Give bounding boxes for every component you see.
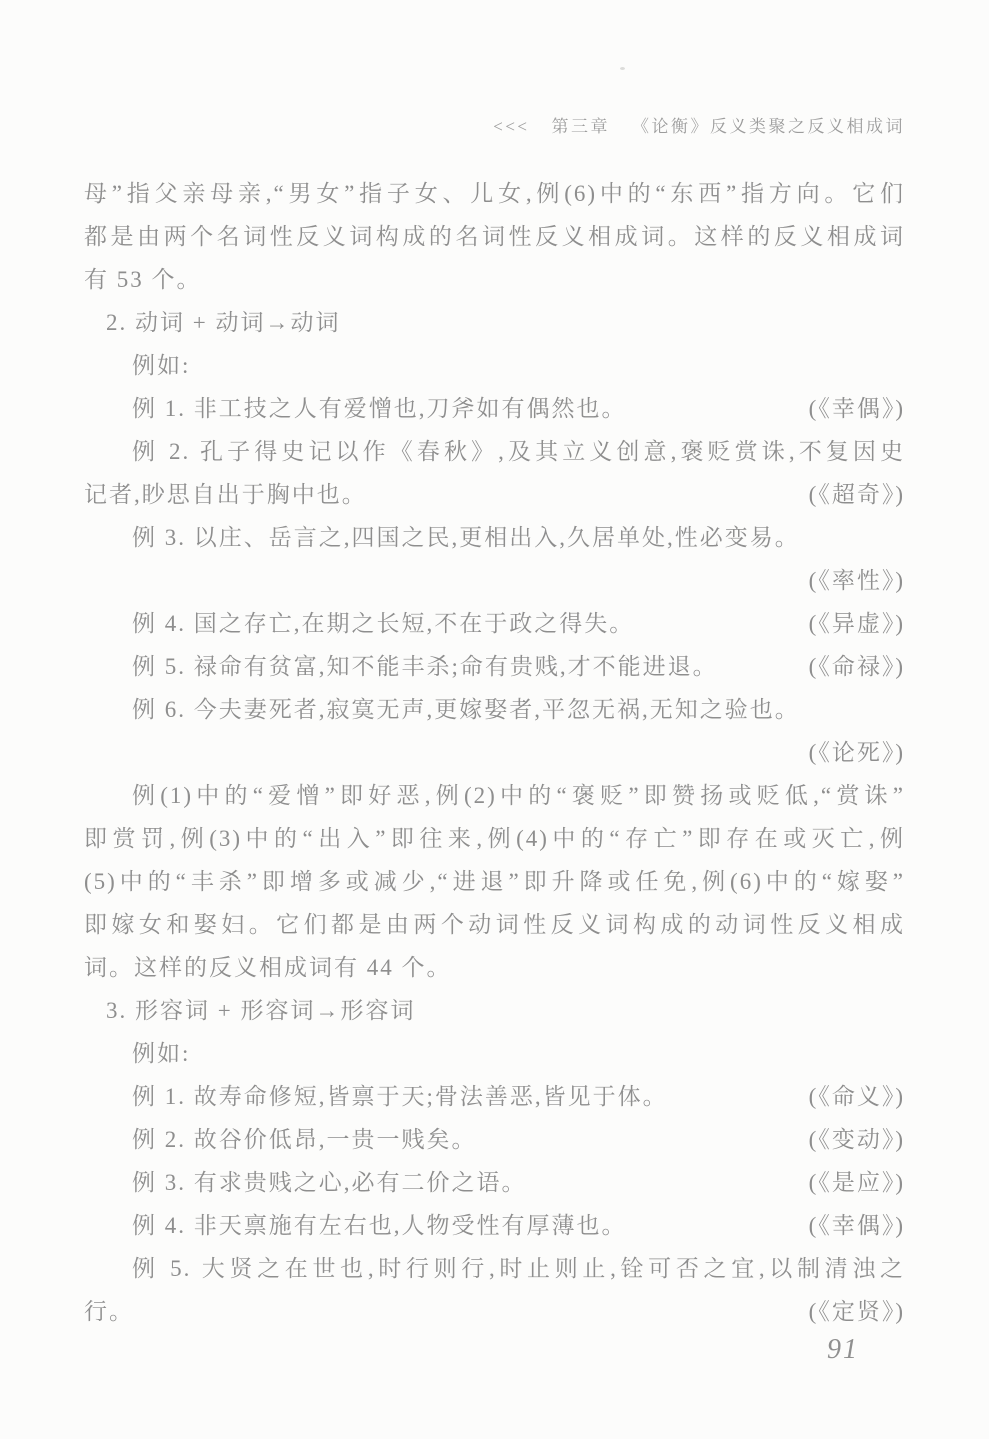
example-text: 例 4. 非天禀施有左右也,人物受性有厚薄也。 (132, 1204, 627, 1247)
source-citation-line: (《率性》) (84, 559, 905, 602)
example-continuation-line: 记者,眇思自出于胸中也。 (《超奇》) (84, 473, 905, 516)
examples-label: 例如: (84, 1032, 905, 1075)
source-citation: (《幸偶》) (809, 387, 905, 430)
source-citation: (《命禄》) (809, 645, 905, 688)
example-line: 例 6. 今夫妻死者,寂寞无声,更嫁娶者,平忽无祸,无知之验也。 (84, 688, 905, 731)
example-text: 例 1. 故寿命修短,皆禀于天;骨法善恶,皆见于体。 (132, 1075, 668, 1118)
header-marker: <<< (493, 117, 529, 137)
page-number: 91 (827, 1334, 859, 1366)
source-citation: (《变动》) (809, 1118, 905, 1161)
example-text: 例 3. 有求贵贱之心,必有二价之语。 (132, 1161, 527, 1204)
example-line: 例 2. 故谷价低昂,一贵一贱矣。 (《变动》) (84, 1118, 905, 1161)
header-chapter: 第三章 (552, 112, 611, 137)
book-page: <<< 第三章 《论衡》反义类聚之反义相成词 母”指父亲母亲,“男女”指子女、儿… (0, 0, 989, 1439)
example-line: 例 3. 以庄、岳言之,四国之民,更相出入,久居单处,性必变易。 (84, 516, 905, 559)
example-line: 例 2. 孔子得史记以作《春秋》,及其立义创意,褒贬赏诛,不复因史 (84, 430, 905, 473)
example-continuation-line: 行。 (《定贤》) (84, 1290, 905, 1333)
paragraph-line: 例(1)中的“爱憎”即好恶,例(2)中的“褒贬”即赞扬或贬低,“赏诛” (84, 774, 905, 817)
example-text: 例 2. 故谷价低昂,一贵一贱矣。 (132, 1118, 477, 1161)
paragraph-line: 即嫁女和娶妇。它们都是由两个动词性反义词构成的动词性反义相成 (84, 903, 905, 946)
source-citation-line: (《论死》) (84, 731, 905, 774)
source-citation: (《命义》) (809, 1075, 905, 1118)
example-line: 例 5. 禄命有贫富,知不能丰杀;命有贵贱,才不能进退。 (《命禄》) (84, 645, 905, 688)
example-line: 例 5. 大贤之在世也,时行则行,时止则止,铨可否之宜,以制清浊之 (84, 1247, 905, 1290)
paragraph-line: 即赏罚,例(3)中的“出入”即往来,例(4)中的“存亡”即存在或灭亡,例 (84, 817, 905, 860)
source-citation: (《幸偶》) (809, 1204, 905, 1247)
example-line: 例 4. 国之存亡,在期之长短,不在于政之得失。 (《异虚》) (84, 602, 905, 645)
section-heading-2: 2. 动词 + 动词→动词 (84, 301, 905, 344)
example-text: 例 5. 禄命有贫富,知不能丰杀;命有贵贱,才不能进退。 (132, 645, 718, 688)
example-text: 例 4. 国之存亡,在期之长短,不在于政之得失。 (132, 602, 634, 645)
source-citation: (《超奇》) (809, 473, 905, 516)
example-text: 例 1. 非工技之人有爱憎也,刀斧如有偶然也。 (132, 387, 627, 430)
scan-artifact-dot (620, 67, 625, 70)
example-line: 例 1. 故寿命修短,皆禀于天;骨法善恶,皆见于体。 (《命义》) (84, 1075, 905, 1118)
source-citation: (《是应》) (809, 1161, 905, 1204)
example-line: 例 1. 非工技之人有爱憎也,刀斧如有偶然也。 (《幸偶》) (84, 387, 905, 430)
example-text: 记者,眇思自出于胸中也。 (84, 473, 367, 516)
paragraph-line: 有 53 个。 (84, 258, 905, 301)
paragraph-line: 词。这样的反义相成词有 44 个。 (84, 946, 905, 989)
paragraph-line: (5)中的“丰杀”即增多或减少,“进退”即升降或任免,例(6)中的“嫁娶” (84, 860, 905, 903)
paragraph-line: 都是由两个名词性反义词构成的名词性反义相成词。这样的反义相成词 (84, 215, 905, 258)
example-line: 例 3. 有求贵贱之心,必有二价之语。 (《是应》) (84, 1161, 905, 1204)
example-text: 行。 (84, 1290, 134, 1333)
page-header: <<< 第三章 《论衡》反义类聚之反义相成词 (493, 112, 905, 137)
paragraph-line: 母”指父亲母亲,“男女”指子女、儿女,例(6)中的“东西”指方向。它们 (84, 172, 905, 215)
source-citation: (《异虚》) (809, 602, 905, 645)
page-body: 母”指父亲母亲,“男女”指子女、儿女,例(6)中的“东西”指方向。它们 都是由两… (84, 172, 905, 1333)
section-heading-3: 3. 形容词 + 形容词→形容词 (84, 989, 905, 1032)
example-line: 例 4. 非天禀施有左右也,人物受性有厚薄也。 (《幸偶》) (84, 1204, 905, 1247)
examples-label: 例如: (84, 344, 905, 387)
header-title: 《论衡》反义类聚之反义相成词 (632, 112, 905, 137)
source-citation: (《定贤》) (809, 1290, 905, 1333)
